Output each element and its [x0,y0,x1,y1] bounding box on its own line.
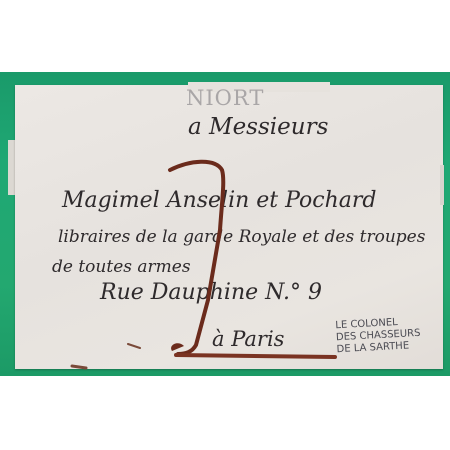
postage-mark-2 [0,0,450,450]
pencil-annotation: LE COLONEL DES CHASSEURS DE LA SARTHE [335,316,421,356]
